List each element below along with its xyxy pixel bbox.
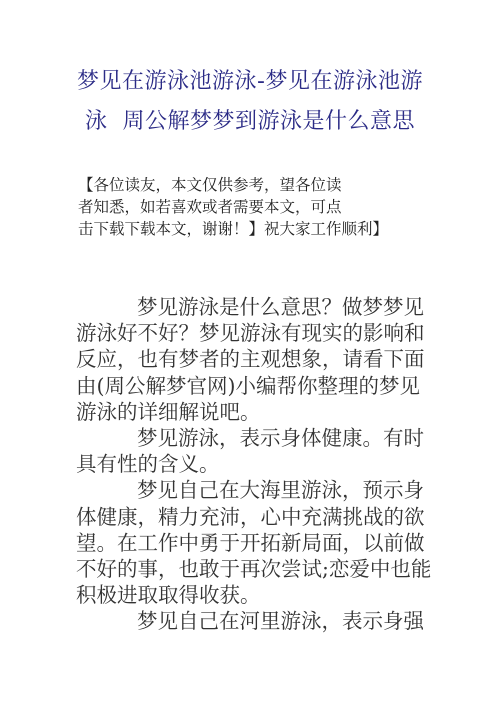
paragraph-line: 游泳的详细解说吧。 xyxy=(76,399,446,425)
paragraph-4: 梦见自己在河里游泳，表示身强 xyxy=(76,608,446,634)
notice-line-3: 击下载下载本文，谢谢！】祝大家工作顺利】 xyxy=(78,218,418,240)
paragraph-line: 望。在工作中勇于开拓新局面，以前做 xyxy=(76,530,446,556)
paragraph-1: 梦见游泳是什么意思？做梦梦见 游泳好不好？梦见游泳有现实的影响和 反应，也有梦者… xyxy=(76,294,446,425)
title-line-2: 泳 周公解梦梦到游泳是什么意思 xyxy=(60,102,440,142)
article-body: 梦见游泳是什么意思？做梦梦见 游泳好不好？梦见游泳有现实的影响和 反应，也有梦者… xyxy=(76,294,446,635)
document-title: 梦见在游泳池游泳-梦见在游泳池游 泳 周公解梦梦到游泳是什么意思 xyxy=(60,62,440,142)
notice-line-2: 者知悉，如若喜欢或者需要本文，可点 xyxy=(78,196,418,218)
paragraph-line: 体健康，精力充沛，心中充满挑战的欲 xyxy=(76,504,446,530)
paragraph-line: 由(周公解梦官网)小编帮你整理的梦见 xyxy=(76,373,446,399)
paragraph-line: 具有性的含义。 xyxy=(76,451,446,477)
title-line-1: 梦见在游泳池游泳-梦见在游泳池游 xyxy=(60,62,440,102)
paragraph-line: 梦见自己在河里游泳，表示身强 xyxy=(76,608,446,634)
paragraph-line: 梦见游泳，表示身体健康。有时 xyxy=(76,425,446,451)
notice-line-1: 【各位读友，本文仅供参考，望各位读 xyxy=(78,174,418,196)
paragraph-line: 积极进取取得收获。 xyxy=(76,582,446,608)
paragraph-line: 梦见游泳是什么意思？做梦梦见 xyxy=(76,294,446,320)
reader-notice: 【各位读友，本文仅供参考，望各位读 者知悉，如若喜欢或者需要本文，可点 击下载下… xyxy=(78,174,418,240)
paragraph-line: 梦见自己在大海里游泳，预示身 xyxy=(76,477,446,503)
paragraph-3: 梦见自己在大海里游泳，预示身 体健康，精力充沛，心中充满挑战的欲 望。在工作中勇… xyxy=(76,477,446,608)
paragraph-line: 不好的事，也敢于再次尝试;恋爱中也能 xyxy=(76,556,446,582)
paragraph-2: 梦见游泳，表示身体健康。有时 具有性的含义。 xyxy=(76,425,446,477)
paragraph-line: 游泳好不好？梦见游泳有现实的影响和 xyxy=(76,320,446,346)
paragraph-line: 反应，也有梦者的主观想象，请看下面 xyxy=(76,346,446,372)
